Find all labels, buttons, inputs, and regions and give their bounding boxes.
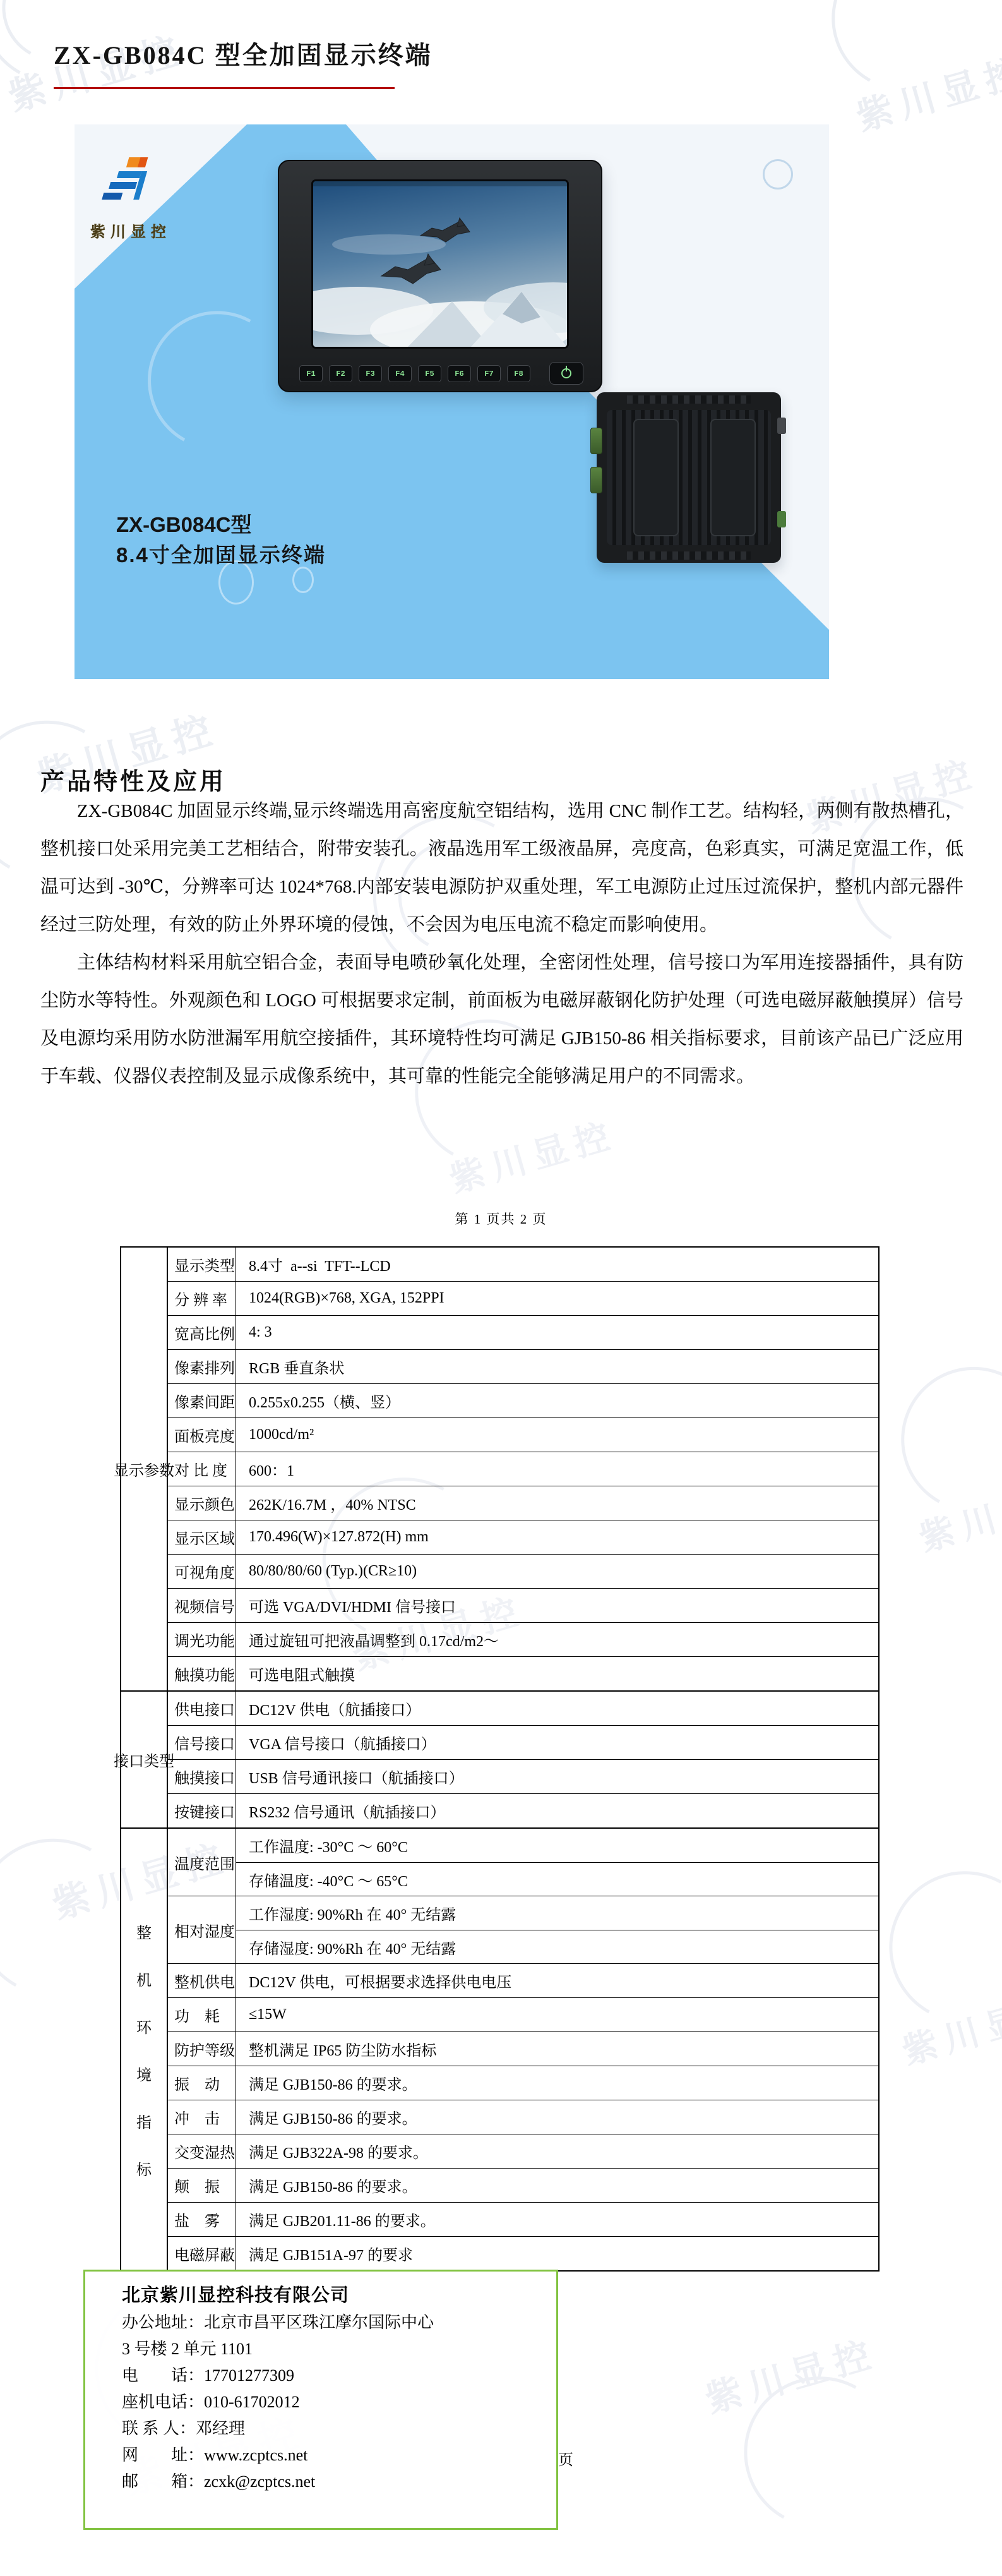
spec-group: 整机环境指标温度范围工作温度: -30°C ～ 60°C存储温度: -40°C … bbox=[121, 1827, 878, 2270]
spec-label: 电磁屏蔽 bbox=[168, 2237, 236, 2270]
watermark-text: 紫川显控 bbox=[913, 1466, 1002, 1562]
function-key: F8 bbox=[507, 365, 530, 382]
spec-value: 262K/16.7M ，40% NTSC bbox=[236, 1486, 878, 1520]
function-key: F5 bbox=[418, 365, 441, 382]
spec-row: 电磁屏蔽满足 GJB151A-97 的要求 bbox=[168, 2236, 878, 2270]
spec-row: 面板亮度1000cd/m² bbox=[168, 1417, 878, 1452]
spec-row: 调光功能通过旋钮可把液晶调整到 0.17cd/m2～ bbox=[168, 1622, 878, 1656]
spec-label: 显示颜色 bbox=[168, 1486, 236, 1520]
spec-value: 1024(RGB)×768, XGA, 152PPI bbox=[236, 1282, 878, 1315]
spec-value: 4: 3 bbox=[236, 1316, 878, 1349]
watermark-text: 紫川显控 bbox=[849, 41, 1002, 141]
spec-value: 满足 GJB150-86 的要求。 bbox=[236, 2066, 878, 2100]
spec-value: RS232 信号通讯（航插接口） bbox=[236, 1794, 878, 1827]
spec-value: 存储温度: -40°C ～ 65°C bbox=[236, 1862, 878, 1896]
spec-label: 整机供电 bbox=[168, 1964, 236, 1997]
function-key: F6 bbox=[448, 365, 471, 382]
spec-label: 供电接口 bbox=[168, 1692, 236, 1725]
banner-decoration-circle bbox=[763, 159, 793, 190]
spec-row: 振 动满足 GJB150-86 的要求。 bbox=[168, 2066, 878, 2100]
spec-value: 可选电阻式触摸 bbox=[236, 1657, 878, 1690]
spec-label: 宽高比例 bbox=[168, 1316, 236, 1349]
features-paragraph-1: ZX-GB084C 加固显示终端,显示终端选用高密度航空铝结构，选用 CNC 制… bbox=[40, 792, 963, 944]
spec-label: 像素间距 bbox=[168, 1384, 236, 1417]
spec-table: 显示参数显示类型8.4寸 a--si TFT--LCD分 辨 率1024(RGB… bbox=[120, 1246, 880, 2272]
connector-icon bbox=[590, 428, 602, 454]
heatsink-fins bbox=[627, 395, 751, 404]
contact-line: 网 址：www.zcptcs.net bbox=[122, 2442, 544, 2469]
spec-group: 显示参数显示类型8.4寸 a--si TFT--LCD分 辨 率1024(RGB… bbox=[121, 1248, 878, 1690]
spec-label: 面板亮度 bbox=[168, 1418, 236, 1452]
watermark-rings-icon bbox=[814, 0, 994, 108]
spec-group-label: 整机环境指标 bbox=[121, 1829, 168, 2270]
spec-row: 按键接口RS232 信号通讯（航插接口） bbox=[168, 1793, 878, 1827]
spec-label: 分 辨 率 bbox=[168, 1282, 236, 1315]
contact-line: 办公地址：北京市昌平区珠江摩尔国际中心 bbox=[122, 2309, 544, 2336]
spec-label: 显示区域 bbox=[168, 1520, 236, 1554]
product-front-view: F1F2F3F4F5F6F7F8 bbox=[278, 160, 602, 392]
connector-icon bbox=[777, 418, 786, 434]
spec-label: 防护等级 bbox=[168, 2032, 236, 2066]
page-indicator: 第 1 页共 2 页 bbox=[0, 1209, 1002, 1228]
features-heading: 产品特性及应用 bbox=[40, 762, 226, 797]
watermark-text: 紫川显控 bbox=[896, 1978, 1002, 2074]
banner-model-caption: ZX-GB084C型 8.4寸全加固显示终端 bbox=[116, 510, 326, 570]
contact-line: 座机电话：010-61702012 bbox=[122, 2389, 544, 2416]
spec-label: 触摸功能 bbox=[168, 1657, 236, 1690]
spec-value: 满足 GJB150-86 的要求。 bbox=[236, 2169, 878, 2202]
spec-label: 功 耗 bbox=[168, 1998, 236, 2031]
spec-row: 像素间距0.255x0.255（横、竖） bbox=[168, 1383, 878, 1417]
title-underline bbox=[54, 87, 395, 89]
banner-model-line2: 8.4寸全加固显示终端 bbox=[116, 540, 326, 570]
spec-label: 对 比 度 bbox=[168, 1452, 236, 1486]
spec-value: 工作湿度: 90%Rh 在 40° 无结露 bbox=[236, 1896, 878, 1930]
spec-value: DC12V 供电（航插接口） bbox=[236, 1692, 878, 1725]
spec-row: 显示颜色262K/16.7M ，40% NTSC bbox=[168, 1486, 878, 1520]
spec-row: 触摸接口USB 信号通讯接口（航插接口） bbox=[168, 1759, 878, 1793]
function-key-row: F1F2F3F4F5F6F7F8 bbox=[299, 365, 530, 382]
spec-label: 颠 振 bbox=[168, 2169, 236, 2202]
spec-value: 8.4寸 a--si TFT--LCD bbox=[236, 1248, 878, 1281]
spec-row: 防护等级整机满足 IP65 防尘防水指标 bbox=[168, 2031, 878, 2066]
rear-panel bbox=[710, 419, 756, 536]
spec-row: 盐 雾满足 GJB201.11-86 的要求。 bbox=[168, 2202, 878, 2236]
heatsink-fins bbox=[627, 551, 751, 560]
spec-value: USB 信号通讯接口（航插接口） bbox=[236, 1760, 878, 1793]
spec-label: 显示类型 bbox=[168, 1248, 236, 1281]
spec-value: 整机满足 IP65 防尘防水指标 bbox=[236, 2032, 878, 2066]
spec-value: 满足 GJB201.11-86 的要求。 bbox=[236, 2203, 878, 2236]
banner-model-line1: ZX-GB084C型 bbox=[116, 510, 326, 540]
spec-label: 可视角度 bbox=[168, 1555, 236, 1588]
spec-row: 相对湿度工作湿度: 90%Rh 在 40° 无结露存储湿度: 90%Rh 在 4… bbox=[168, 1896, 878, 1963]
function-key: F1 bbox=[299, 365, 323, 382]
spec-row: 像素排列RGB 垂直条状 bbox=[168, 1349, 878, 1383]
spec-label: 视频信号 bbox=[168, 1589, 236, 1622]
spec-label: 触摸接口 bbox=[168, 1760, 236, 1793]
spec-label: 振 动 bbox=[168, 2066, 236, 2100]
spec-group: 接口类型供电接口DC12V 供电（航插接口）信号接口VGA 信号接口（航插接口）… bbox=[121, 1690, 878, 1827]
spec-row: 供电接口DC12V 供电（航插接口） bbox=[168, 1692, 878, 1725]
spec-row: 功 耗≤15W bbox=[168, 1997, 878, 2031]
brand-logo-icon bbox=[102, 156, 156, 212]
spec-label: 温度范围 bbox=[168, 1829, 236, 1896]
hero-banner: 紫川显控 bbox=[75, 124, 829, 679]
contact-line: 邮 箱：zcxk@zcptcs.net bbox=[122, 2469, 544, 2495]
spec-value: 满足 GJB151A-97 的要求 bbox=[236, 2237, 878, 2270]
spec-label: 盐 雾 bbox=[168, 2203, 236, 2236]
contact-line: 联 系 人：邓经理 bbox=[122, 2416, 544, 2442]
spec-group-label: 接口类型 bbox=[121, 1692, 168, 1827]
power-icon bbox=[561, 368, 571, 378]
spec-value: 170.496(W)×127.872(H) mm bbox=[236, 1520, 878, 1554]
spec-value: DC12V 供电，可根据要求选择供电电压 bbox=[236, 1964, 878, 1997]
watermark-text: 紫川显控 bbox=[443, 1107, 623, 1203]
spec-row: 整机供电DC12V 供电，可根据要求选择供电电压 bbox=[168, 1963, 878, 1997]
product-screen-image bbox=[313, 181, 567, 347]
features-body: ZX-GB084C 加固显示终端,显示终端选用高密度航空铝结构，选用 CNC 制… bbox=[40, 792, 963, 1095]
watermark-rings-icon bbox=[884, 1350, 1002, 1529]
spec-value: ≤15W bbox=[236, 1998, 878, 2031]
brand-logo: 紫川显控 bbox=[90, 156, 236, 241]
connector-icon bbox=[777, 511, 786, 527]
function-key: F2 bbox=[329, 365, 352, 382]
spec-row: 交变湿热满足 GJB322A-98 的要求。 bbox=[168, 2134, 878, 2168]
spec-row: 可视角度80/80/80/60 (Typ.)(CR≥10) bbox=[168, 1554, 878, 1588]
watermark-rings-icon bbox=[726, 2359, 914, 2546]
spec-value: 存储湿度: 90%Rh 在 40° 无结露 bbox=[236, 1930, 878, 1963]
spec-value: 1000cd/m² bbox=[236, 1418, 878, 1452]
function-key: F3 bbox=[359, 365, 382, 382]
datasheet-page: 紫川显控 紫川显控 紫川显控 紫川显控 紫川显控 紫川显控 紫川显控 紫川显控 … bbox=[0, 0, 1002, 2576]
spec-label: 交变湿热 bbox=[168, 2134, 236, 2168]
spec-row: 显示类型8.4寸 a--si TFT--LCD bbox=[168, 1248, 878, 1281]
contact-line: 电 话：17701277309 bbox=[122, 2362, 544, 2389]
spec-row: 颠 振满足 GJB150-86 的要求。 bbox=[168, 2168, 878, 2202]
spec-label: 信号接口 bbox=[168, 1726, 236, 1759]
spec-label: 冲 击 bbox=[168, 2100, 236, 2134]
function-key: F7 bbox=[477, 365, 501, 382]
spec-row: 触摸功能可选电阻式触摸 bbox=[168, 1656, 878, 1690]
banner-decoration-circle bbox=[292, 567, 314, 593]
contact-box: 北京紫川显控科技有限公司 办公地址：北京市昌平区珠江摩尔国际中心 3 号楼 2 … bbox=[83, 2270, 558, 2530]
product-rear-view bbox=[597, 392, 781, 563]
brand-logo-text: 紫川显控 bbox=[90, 219, 236, 241]
features-paragraph-2: 主体结构材料采用航空铝合金，表面导电喷砂氧化处理，全密闭性处理，信号接口为军用连… bbox=[40, 944, 963, 1095]
spec-value: 满足 GJB322A-98 的要求。 bbox=[236, 2134, 878, 2168]
power-button bbox=[549, 362, 583, 385]
watermark-rings-icon bbox=[871, 1853, 1002, 2041]
spec-group-label: 显示参数 bbox=[121, 1248, 168, 1690]
spec-value: 通过旋钮可把液晶调整到 0.17cd/m2～ bbox=[236, 1623, 878, 1656]
spec-row: 对 比 度600：1 bbox=[168, 1452, 878, 1486]
function-key: F4 bbox=[388, 365, 412, 382]
spec-row: 分 辨 率1024(RGB)×768, XGA, 152PPI bbox=[168, 1281, 878, 1315]
spec-value: VGA 信号接口（航插接口） bbox=[236, 1726, 878, 1759]
connector-icon bbox=[590, 467, 602, 493]
spec-value: 0.255x0.255（横、竖） bbox=[236, 1384, 878, 1417]
watermark-text: 紫川显控 bbox=[698, 2323, 883, 2423]
spec-row: 宽高比例4: 3 bbox=[168, 1315, 878, 1349]
spec-value: 工作温度: -30°C ～ 60°C bbox=[236, 1829, 878, 1862]
company-name: 北京紫川显控科技有限公司 bbox=[122, 2282, 544, 2309]
spec-value: RGB 垂直条状 bbox=[236, 1350, 878, 1383]
spec-row: 信号接口VGA 信号接口（航插接口） bbox=[168, 1725, 878, 1759]
spec-value: 满足 GJB150-86 的要求。 bbox=[236, 2100, 878, 2134]
spec-row: 视频信号可选 VGA/DVI/HDMI 信号接口 bbox=[168, 1588, 878, 1622]
page-title: ZX-GB084C 型全加固显示终端 bbox=[54, 35, 432, 71]
spec-row: 温度范围工作温度: -30°C ～ 60°C存储温度: -40°C ～ 65°C bbox=[168, 1829, 878, 1896]
rear-panel bbox=[633, 419, 679, 536]
spec-label: 相对湿度 bbox=[168, 1896, 236, 1963]
spec-label: 像素排列 bbox=[168, 1350, 236, 1383]
spec-value: 可选 VGA/DVI/HDMI 信号接口 bbox=[236, 1589, 878, 1622]
contact-line: 3 号楼 2 单元 1101 bbox=[122, 2336, 544, 2362]
spec-row: 冲 击满足 GJB150-86 的要求。 bbox=[168, 2100, 878, 2134]
spec-value: 80/80/80/60 (Typ.)(CR≥10) bbox=[236, 1555, 878, 1588]
spec-label: 调光功能 bbox=[168, 1623, 236, 1656]
page-number-partial: 页 bbox=[558, 2447, 573, 2469]
spec-label: 按键接口 bbox=[168, 1794, 236, 1827]
spec-value: 600：1 bbox=[236, 1452, 878, 1486]
spec-row: 显示区域170.496(W)×127.872(H) mm bbox=[168, 1520, 878, 1554]
